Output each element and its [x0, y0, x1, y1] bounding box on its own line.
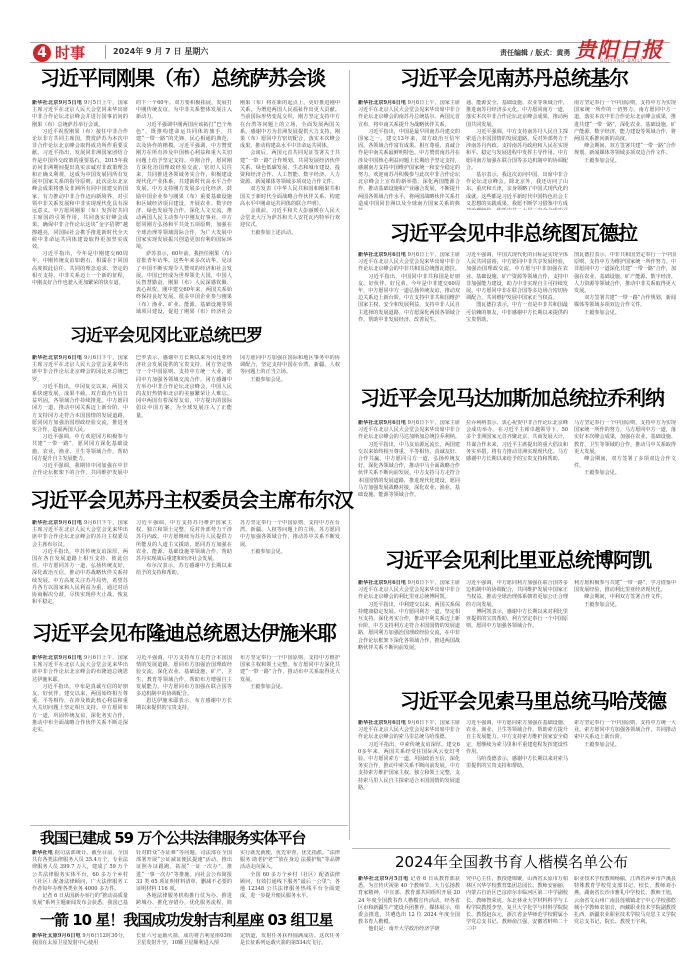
article-sudan-col1: 新华社北京9月6日电 9月6日下午，国家主席习近平在北京人民大会堂会见来华出席中…: [32, 520, 128, 612]
article-legal-services-col1: 新华社电 据司法部统计，截至目前，全国共有各类法律服务人员 35.4万个，专业法…: [32, 850, 128, 908]
article-somalia-col2: 习近平强调，中方愿同索方加强在基础设施、农业、渔业、卫生等领域合作，帮助索方提升…: [466, 720, 568, 840]
headline-congo: 习近平同刚果（布）总统萨苏会谈: [40, 65, 325, 91]
article-madagascar-col1: 新华社北京9月6日电 9月6日下午，国家主席习近平在北京人民大会堂会见来华出席中…: [358, 420, 460, 525]
headline-liberia: 习近平会见利比里亚总统博阿凯: [385, 547, 651, 573]
issue-date: 2024年 9 月 7 日 星期六: [113, 47, 208, 57]
article-congo-col2: 的下一个60年。双方要积极拓展，发展打中刚传统友谊，为中非关系整体发展注入新动力…: [136, 100, 232, 315]
headline-burundi: 习近平会见布隆迪总统恩达伊施米耶: [32, 620, 336, 646]
masthead: 4 时事 2024年 9 月 7 日 星期六 责任编辑 / 版式：黄勇 贵阳日报…: [30, 42, 670, 62]
article-gambia-col1: 新华社北京9月6日电 9月6日下午，国家主席习近平在北京人民大会堂会见来华出席中…: [32, 355, 128, 477]
article-legal-services-col2: 针对群众“办证难”等问题，司法部在全国部署开展“公证减证便民提速”活动，推出证照…: [136, 850, 232, 908]
article-sudan-col3: 苏方坚定奉行一个中国原则，支持中方在台湾、新疆、人权等问题上的立场。苏方愿同中方…: [240, 520, 340, 612]
article-gambia-col3: 冈方愿同中方加强在国际和地区事务中的协调配合，坚定支持中国在台湾、新疆、人权等问…: [240, 355, 340, 477]
article-satellites-col2: 长征六号运载火箭，成功将吉利星座03组卫星发射升空，10颗卫星顺利进入预: [136, 933, 232, 949]
article-satellites-col3: 定轨道，发射任务获得圆满成功。这次任务是长征系列运载火箭的第534次飞行。: [240, 933, 340, 949]
article-legal-services-col3: 实行就先就便，优先审查，优先指派。“法律服务 助老护老”“放在身边 法援护航”等…: [240, 850, 340, 908]
article-south-sudan-col3: 南方坚定奉行一个中国原则，支持中方为实现国家统一所作的一切努力。南方愿同中方一道…: [574, 100, 676, 210]
section-divider-left: [30, 825, 348, 826]
headline-teachers: 2024年全国教书育人楷模名单公布: [395, 852, 628, 872]
headline-central-africa: 习近平会见中非总统图瓦德拉: [390, 220, 637, 246]
article-somalia-col1: 新华社北京9月6日电 9月6日下午，国家主席习近平在北京人民大会堂会见来华出席中…: [358, 720, 460, 840]
headline-south-sudan: 习近平会见南苏丹总统基尔: [400, 65, 628, 91]
article-madagascar-col2: 拉乔利纳表示，衷心祝贺中非合作论坛北京峰会成功举办。在习近平主席卓越领导下，50…: [466, 420, 568, 525]
article-liberia-col2: 习近平强调，中方愿同利方加强在联合国等多边机制中的协调配合，共同维护发展中国家正…: [466, 580, 568, 680]
article-central-africa-col1: 新华社北京9月6日电 9月6日上午，国家主席习近平在北京人民大会堂会见来华出席中…: [358, 252, 460, 384]
article-burundi-col1: 新华社北京9月6日电 9月6日上午，国家主席习近平在北京人民大会堂会见来华出席中…: [32, 655, 128, 820]
article-central-africa-col3: 图瓦德拉表示，中非共和国坚定奉行一个中国原则，支持中方为维护国家统一所作努力。中…: [574, 252, 676, 384]
headline-madagascar: 习近平会见马达加斯加总统拉乔利纳: [360, 385, 664, 411]
section-title: 时事: [55, 43, 85, 63]
article-burundi-col3: 布方坚定奉行一个中国原则，支持中方维护国家主权和领土完整。布方愿同中方深化共建“…: [240, 655, 340, 820]
headline-legal-services: 我国已建成 59 万个公共法律服务实体平台: [40, 828, 305, 848]
editor-credit: 责任编辑 / 版式：黄勇: [500, 48, 570, 58]
article-teachers-col3: 职业技术学校教师杨榆，江西省萍乡市芦溪县特殊教育学校党支部书记、校长，教师刘小燕…: [574, 876, 676, 944]
headline-somalia: 习近平会见索马里总统马哈茂德: [400, 688, 666, 714]
section-divider-right: [352, 848, 670, 849]
center-column-divider: [349, 70, 350, 840]
article-congo-col3: 刚果（布）将在新的起点上，更好推进刚中关系，为增进两国人民福祉作出更大贡献。当前…: [240, 100, 340, 315]
article-central-africa-col2: 习近平强调，中国式现代化的目标是实现全体人民共同富裕，中方愿同中非共享发展经验，…: [466, 252, 568, 384]
article-burundi-col2: 习近平强调，中方支持布方走符合本国国情的发展道路，愿同布方加强治国理政经验交流，…: [136, 655, 232, 820]
article-teachers-col1: 新华社北京9月5日电 记者 6 日从教育部获悉，为宣传庆祝第 40 个教师节，大…: [358, 876, 460, 944]
masthead-divider: [105, 45, 106, 59]
article-liberia-col3: 利方愿积极参与共建“一带一路”，学习借鉴中国发展经验，推动利比里亚经济现代化。 …: [574, 580, 676, 680]
article-sudan-col2: 习近平强调，中方支持苏丹维护国家主权、独立和领土完整，反对外部势力干涉苏丹内政。…: [136, 520, 232, 612]
article-south-sudan-col1: 新华社北京9月6日电 9月6日上午，国家主席习近平在北京人民大会堂会见来华出席中…: [358, 100, 460, 210]
headline-gambia: 习近平会见冈比亚总统巴罗: [70, 325, 262, 347]
article-somalia-col3: 索方坚定奉行一个中国原则，支持中方统一大业。索方愿同中方加强各领域合作，共同推动…: [574, 720, 676, 840]
article-liberia-col1: 新华社北京9月6日电 9月6日下午，国家主席习近平在北京人民大会堂会见来华出席中…: [358, 580, 460, 680]
article-teachers-col2: 究中心主任、教授逄锦聚，山西省太原市万柏林区兴华学校教育集团总园长、教师安丽丽，…: [466, 876, 568, 944]
article-madagascar-col3: 马方坚定奉行一个中国原则，支持中方为实现国家统一所作的努力。马方愿同中方一道，落…: [574, 420, 676, 525]
headline-sudan: 习近平会见苏丹主权委员会主席布尔汉: [30, 487, 353, 513]
page-number-badge: 4: [33, 44, 51, 62]
article-gambia-col2: 巴罗表示，感谢中方长期以来为冈比亚经济社会发展提供的宝贵支持。冈方坚定恪守一个中…: [136, 355, 232, 477]
article-congo-col1: 新华社北京9月5日电 9月5日上午，国家主席习近平在北京人民大会堂同来华出席中非…: [32, 100, 128, 315]
masthead-bottom-rule: [30, 62, 670, 63]
article-south-sudan-col2: 通、能源安全、基础设施、农业等领域合作，推进南苏丹经济多元化。中方愿同南方一道，…: [466, 100, 568, 210]
article-satellites-col1: 新华社太原9月6日电 9月6日12时30分，我国在太原卫星发射中心使用: [32, 933, 128, 949]
headline-satellites: 一箭 10 星！我国成功发射吉利星座 03 组卫星: [40, 910, 333, 930]
